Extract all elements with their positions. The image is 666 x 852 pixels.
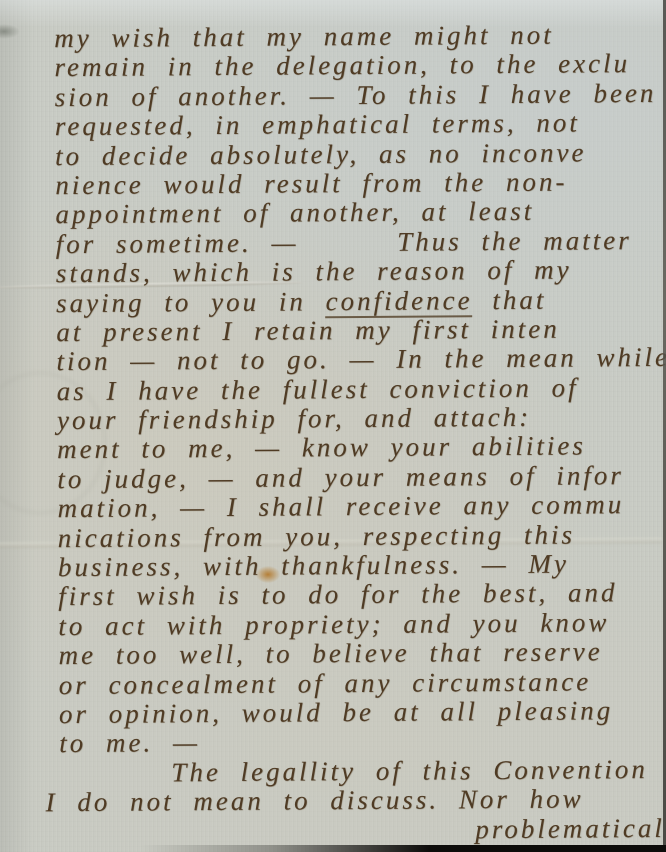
letter-text: to judge, — and your means of infor [57, 460, 624, 494]
letter-text: remain in the delegation, to the exclu [54, 49, 630, 83]
letter-text: appointment of another, at least [55, 196, 534, 229]
letter-text: problematical [475, 812, 665, 843]
letter-text: requested, in emphatical terms, not [55, 108, 580, 142]
letter-text: to me. — [59, 728, 200, 759]
letter-text: for sometime. — Thus the matter [56, 225, 632, 259]
letter-lines: my wish that my name might notremain in … [54, 20, 666, 847]
manuscript-page: my wish that my name might notremain in … [0, 0, 666, 852]
letter-text: to decide absolutely, as no inconve [55, 137, 587, 171]
letter-line: saying to you in confidence that [56, 284, 665, 318]
letter-text: ment to me, — know your abilities [57, 431, 586, 465]
letter-text: or opinion, would be at all pleasing [59, 695, 613, 729]
ink-blot-stain [256, 566, 280, 583]
letter-catchword: problematical [60, 813, 666, 847]
letter-text: nience would result from the non- [55, 167, 567, 201]
letter-line: nications from you, respecting this [58, 520, 666, 554]
letter-text: at present I retain my first inten [56, 314, 560, 348]
letter-line: stands, which is the reason of my [56, 255, 665, 289]
letter-text: that [472, 284, 546, 315]
letter-text: mation, — I shall receive any commu [57, 489, 624, 523]
underlined-word: confidence [325, 285, 472, 318]
scan-edge-bottom-bar [140, 845, 666, 852]
letter-line: for sometime. — Thus the matter [56, 226, 665, 260]
letter-text: my wish that my name might not [54, 20, 554, 53]
letter-text: your friendship for, and attach: [57, 402, 531, 435]
letter-text: me too well, to believe that reserve [58, 637, 602, 671]
letter-text: or concealment of any circumstance [59, 666, 592, 700]
letter-text: nications from you, respecting this [58, 519, 575, 553]
letter-text: saying to you in [56, 286, 326, 318]
corner-smudge [0, 24, 20, 39]
letter-text: to act with propriety; and you know [58, 607, 609, 641]
letter-text: I do not mean to discuss. Nor how [45, 784, 583, 818]
letter-line: to decide absolutely, as no inconve [55, 137, 664, 171]
letter-text: as I have the fullest conviction of [57, 372, 579, 406]
letter-text: first wish is to do for the best, and [58, 578, 617, 612]
letter-line: or opinion, would be at all pleasing [59, 696, 666, 730]
letter-text: stands, which is the reason of my [56, 255, 572, 289]
letter-line: nience would result from the non- [55, 167, 664, 201]
letter-line: as I have the fullest conviction of [57, 373, 666, 407]
letter-text: The legallity of this Convention [171, 754, 648, 787]
letter-text: business, with thankfulness. — My [58, 549, 569, 583]
